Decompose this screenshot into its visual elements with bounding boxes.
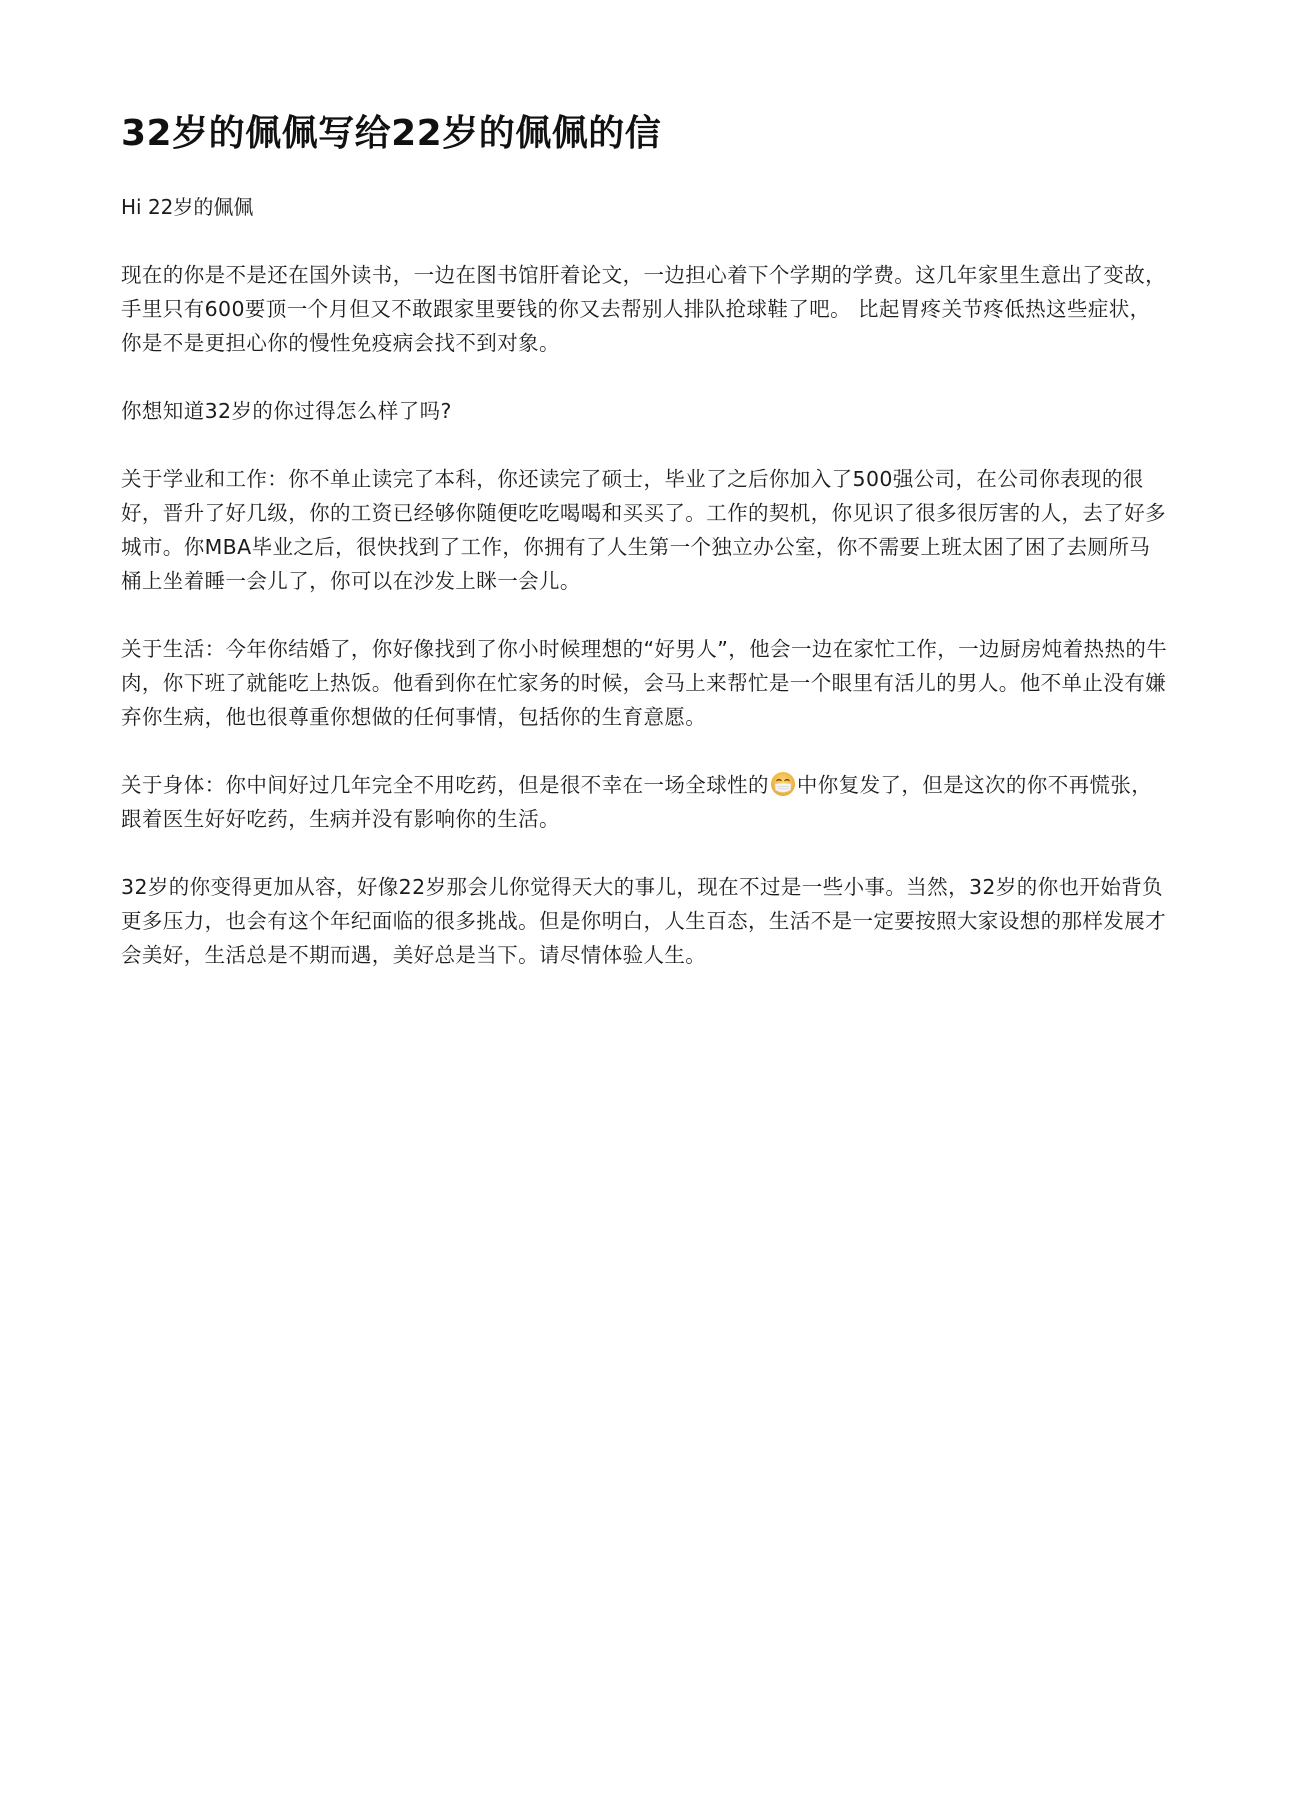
paragraph-closing: 32岁的你变得更加从容，好像22岁那会儿你觉得天大的事儿，现在不过是一些小事。当… <box>121 870 1171 972</box>
greeting-line: Hi 22岁的佩佩 <box>121 190 1171 224</box>
paragraph-life: 关于生活：今年你结婚了，你好像找到了你小时候理想的“好男人”，他会一边在家忙工作… <box>121 632 1171 734</box>
paragraph-intro: 现在的你是不是还在国外读书，一边在图书馆肝着论文，一边担心着下个学期的学费。这几… <box>121 258 1171 360</box>
paragraph-health: 关于身体：你中间好过几年完全不用吃药，但是很不幸在一场全球性的 中你复发了，但是… <box>121 768 1171 836</box>
paragraph-question: 你想知道32岁的你过得怎么样了吗? <box>121 394 1171 428</box>
letter-document: 32岁的佩佩写给22岁的佩佩的信 Hi 22岁的佩佩 现在的你是不是还在国外读书… <box>121 108 1171 972</box>
paragraph-career: 关于学业和工作：你不单止读完了本科，你还读完了硕士，毕业了之后你加入了500强公… <box>121 462 1171 598</box>
face-with-medical-mask-icon <box>770 771 796 797</box>
page-title: 32岁的佩佩写给22岁的佩佩的信 <box>121 108 1171 160</box>
health-text-before: 关于身体：你中间好过几年完全不用吃药，但是很不幸在一场全球性的 <box>121 773 769 797</box>
